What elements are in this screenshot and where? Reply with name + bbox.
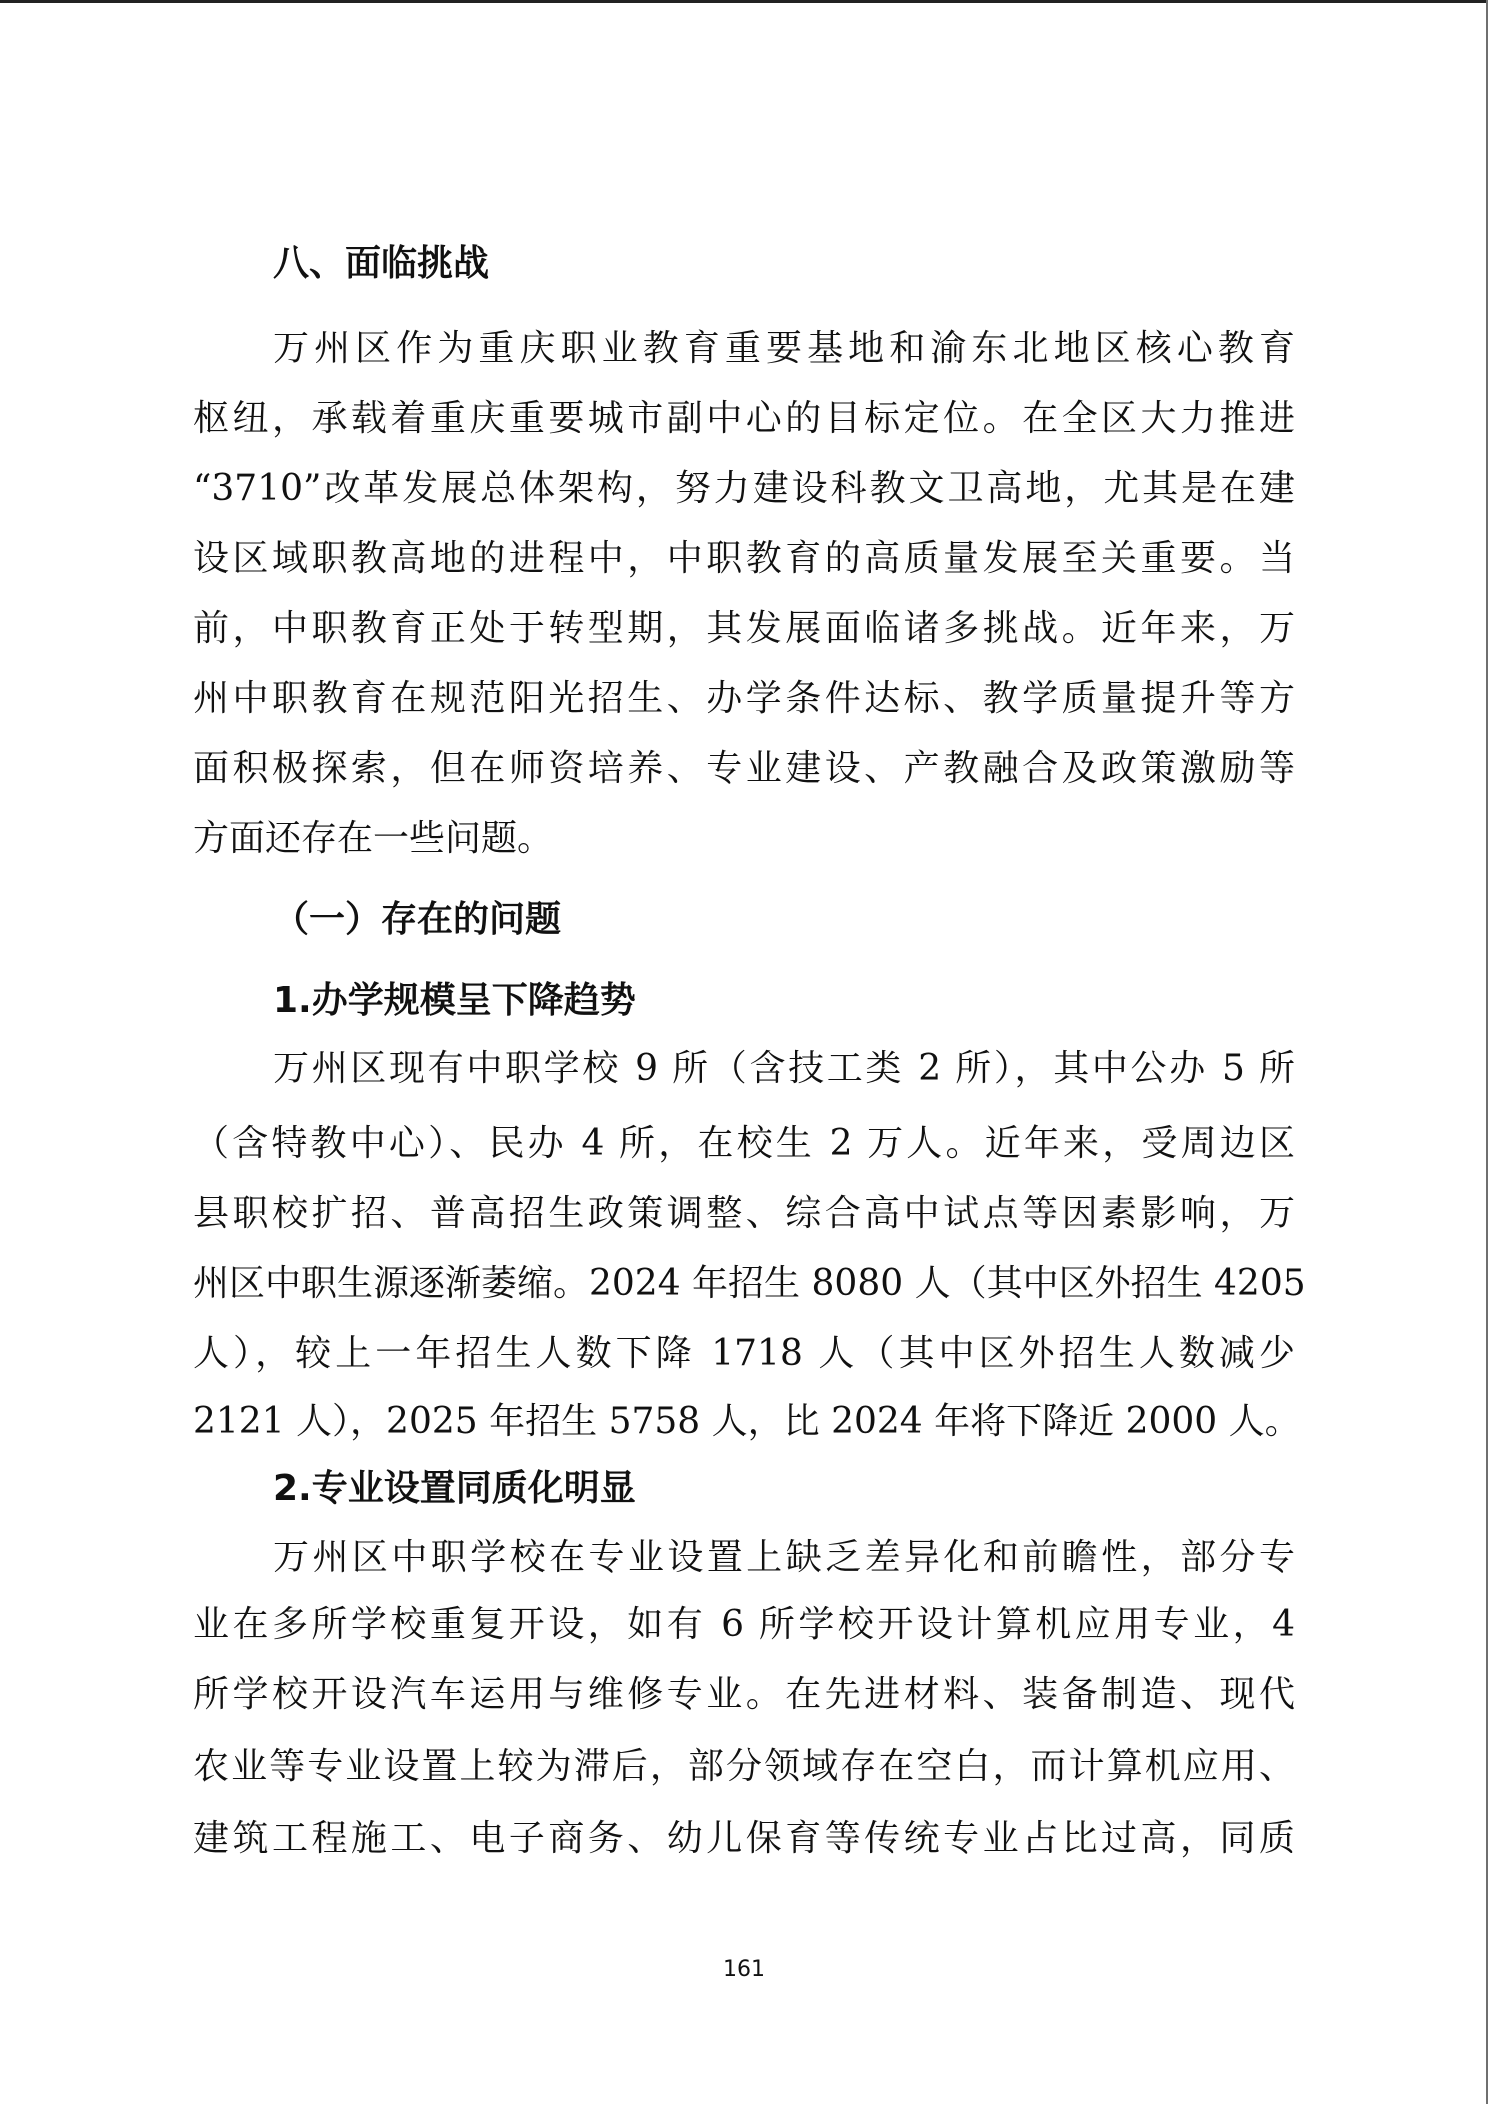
paragraph-line: 建筑工程施工、电子商务、幼儿保育等传统专业占比过高，同质: [193, 1815, 1295, 1863]
paragraph-line: 所学校开设汽车运用与维修专业。在先进材料、装备制造、现代: [193, 1671, 1295, 1719]
paragraph-line: 人），较上一年招生人数下降 1718 人（其中区外招生人数减少: [193, 1330, 1295, 1378]
issue-1-heading: 1.办学规模呈下降趋势: [273, 977, 636, 1025]
section-heading: 八、面临挑战: [273, 240, 489, 288]
paragraph-line: 农业等专业设置上较为滞后，部分领域存在空白，而计算机应用、: [193, 1743, 1295, 1791]
paragraph-line: 2121 人），2025 年招生 5758 人，比 2024 年将下降近 200…: [193, 1398, 1295, 1446]
paragraph-line: 万州区作为重庆职业教育重要基地和渝东北地区核心教育: [273, 325, 1295, 373]
subsection-heading: （一）存在的问题: [273, 896, 561, 944]
paragraph-line: 万州区现有中职学校 9 所（含技工类 2 所），其中公办 5 所: [273, 1045, 1295, 1093]
paragraph-line: 枢纽，承载着重庆重要城市副中心的目标定位。在全区大力推进: [193, 395, 1295, 443]
paragraph-line: 州区中职生源逐渐萎缩。2024 年招生 8080 人（其中区外招生 4205: [193, 1260, 1295, 1308]
paragraph-line: 万州区中职学校在专业设置上缺乏差异化和前瞻性，部分专: [273, 1534, 1295, 1582]
paragraph-line: （含特教中心）、民办 4 所，在校生 2 万人。近年来，受周边区: [193, 1120, 1295, 1168]
page-number: 161: [0, 1955, 1488, 1985]
paragraph-line: 县职校扩招、普高招生政策调整、综合高中试点等因素影响，万: [193, 1190, 1295, 1238]
paragraph-line: 方面还存在一些问题。: [193, 815, 1295, 863]
paragraph-line: 面积极探索，但在师资培养、专业建设、产教融合及政策激励等: [193, 745, 1295, 793]
paragraph-line: 州中职教育在规范阳光招生、办学条件达标、教学质量提升等方: [193, 675, 1295, 723]
paragraph-line: 前，中职教育正处于转型期，其发展面临诸多挑战。近年来，万: [193, 605, 1295, 653]
paragraph-line: 业在多所学校重复开设，如有 6 所学校开设计算机应用专业，4: [193, 1601, 1295, 1649]
document-page: 八、面临挑战 万州区作为重庆职业教育重要基地和渝东北地区核心教育 枢纽，承载着重…: [0, 0, 1488, 2104]
paragraph-line: “3710”改革发展总体架构，努力建设科教文卫高地，尤其是在建: [193, 465, 1295, 513]
issue-2-heading: 2.专业设置同质化明显: [273, 1465, 636, 1513]
paragraph-line: 设区域职教高地的进程中，中职教育的高质量发展至关重要。当: [193, 535, 1295, 583]
